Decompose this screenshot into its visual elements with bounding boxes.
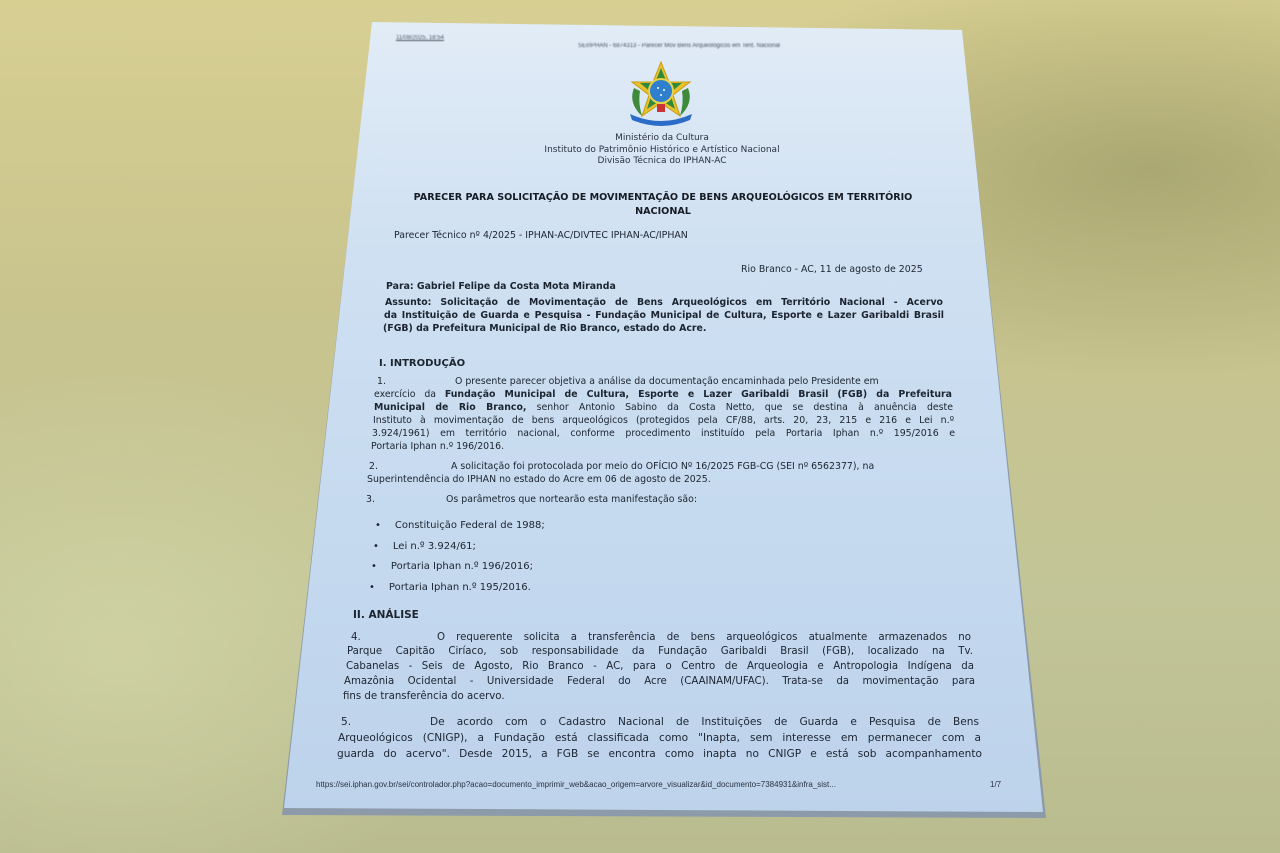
paragraph-1-line1: O presente parecer objetiva a análise da…	[455, 376, 879, 387]
print-footer-url: https://sei.iphan.gov.br/sei/controlador…	[316, 780, 836, 789]
print-page-number: 1/7	[990, 780, 1001, 789]
bullet-item: •Constituição Federal de 1988;	[375, 520, 545, 531]
paragraph-3-number: 3.	[366, 494, 375, 505]
subject-line2: da Instituição de Guarda e Pesquisa - Fu…	[384, 310, 944, 321]
print-datetime: 11/08/2025, 18:54	[396, 35, 444, 41]
bullet-item: •Portaria Iphan n.º 195/2016.	[369, 582, 531, 593]
paragraph-4-line1: O requerente solicita a transferência de…	[437, 632, 971, 643]
subject-label: Assunto:	[385, 297, 431, 308]
paragraph-4-line4: Amazônia Ocidental - Universidade Federa…	[344, 676, 975, 687]
bullet-item: •Lei n.º 3.924/61;	[373, 541, 476, 552]
place-date: Rio Branco - AC, 11 de agosto de 2025	[741, 264, 923, 275]
parecer-number: Parecer Técnico nº 4/2025 - IPHAN-AC/DIV…	[394, 230, 688, 241]
paragraph-4-line2: Parque Capitão Ciríaco, sob responsabili…	[347, 646, 973, 657]
paragraph-1-line2: exercício da Fundação Municipal de Cultu…	[374, 389, 952, 400]
section-introduction-heading: I. INTRODUÇÃO	[379, 358, 465, 369]
document-content: 11/08/2025, 18:54 SEI/IPHAN - 6874313 - …	[0, 0, 1280, 853]
bullet-item: •Portaria Iphan n.º 196/2016;	[371, 561, 533, 572]
paragraph-5-line1: De acordo com o Cadastro Nacional de Ins…	[430, 716, 979, 728]
institution-ministry: Ministério da Cultura	[492, 133, 832, 143]
paragraph-5-line3: guarda do acervo". Desde 2015, a FGB se …	[337, 748, 982, 760]
paragraph-5-number: 5.	[341, 716, 351, 728]
paragraph-4-number: 4.	[351, 632, 361, 643]
paragraph-1-line5: 3.924/1961) em território nacional, conf…	[372, 428, 955, 439]
document-title-line2: NACIONAL	[398, 206, 928, 217]
paragraph-1-line6: Portaria Iphan n.º 196/2016.	[371, 441, 504, 452]
paragraph-4-line5: fins de transferência do acervo.	[343, 691, 505, 702]
institution-iphan: Instituto do Patrimônio Histórico e Artí…	[492, 145, 832, 155]
document-title-line1: PARECER PARA SOLICITAÇÃO DE MOVIMENTAÇÃO…	[398, 192, 928, 203]
recipient: Para: Gabriel Felipe da Costa Mota Miran…	[386, 281, 616, 292]
paragraph-1-number: 1.	[377, 376, 386, 387]
subject-line3: (FGB) da Prefeitura Municipal de Rio Bra…	[383, 323, 706, 334]
paragraph-2-line2: Superintendência do IPHAN no estado do A…	[367, 474, 711, 485]
brazil-coat-of-arms-icon	[620, 58, 702, 134]
subject-line1: Assunto: Solicitação de Movimentação de …	[385, 297, 943, 308]
paragraph-3-line1: Os parâmetros que nortearão esta manifes…	[446, 494, 697, 505]
institution-division: Divisão Técnica do IPHAN-AC	[492, 156, 832, 166]
subject-text-1: Solicitação de Movimentação de Bens Arqu…	[440, 297, 943, 308]
paragraph-2-line1: A solicitação foi protocolada por meio d…	[451, 461, 874, 472]
print-doc-ref: SEI/IPHAN - 6874313 - Parecer Mov Bens A…	[578, 43, 780, 49]
paragraph-1-line4: Instituto à movimentação de bens arqueol…	[373, 415, 954, 426]
section-analysis-heading: II. ANÁLISE	[353, 609, 419, 621]
paragraph-1-line3: Municipal de Rio Branco, senhor Antonio …	[374, 402, 953, 413]
paragraph-5-line2: Arqueológicos (CNIGP), a Fundação está c…	[338, 732, 981, 744]
paragraph-4-line3: Cabanelas - Seis de Agosto, Rio Branco -…	[346, 661, 974, 672]
paragraph-2-number: 2.	[369, 461, 378, 472]
